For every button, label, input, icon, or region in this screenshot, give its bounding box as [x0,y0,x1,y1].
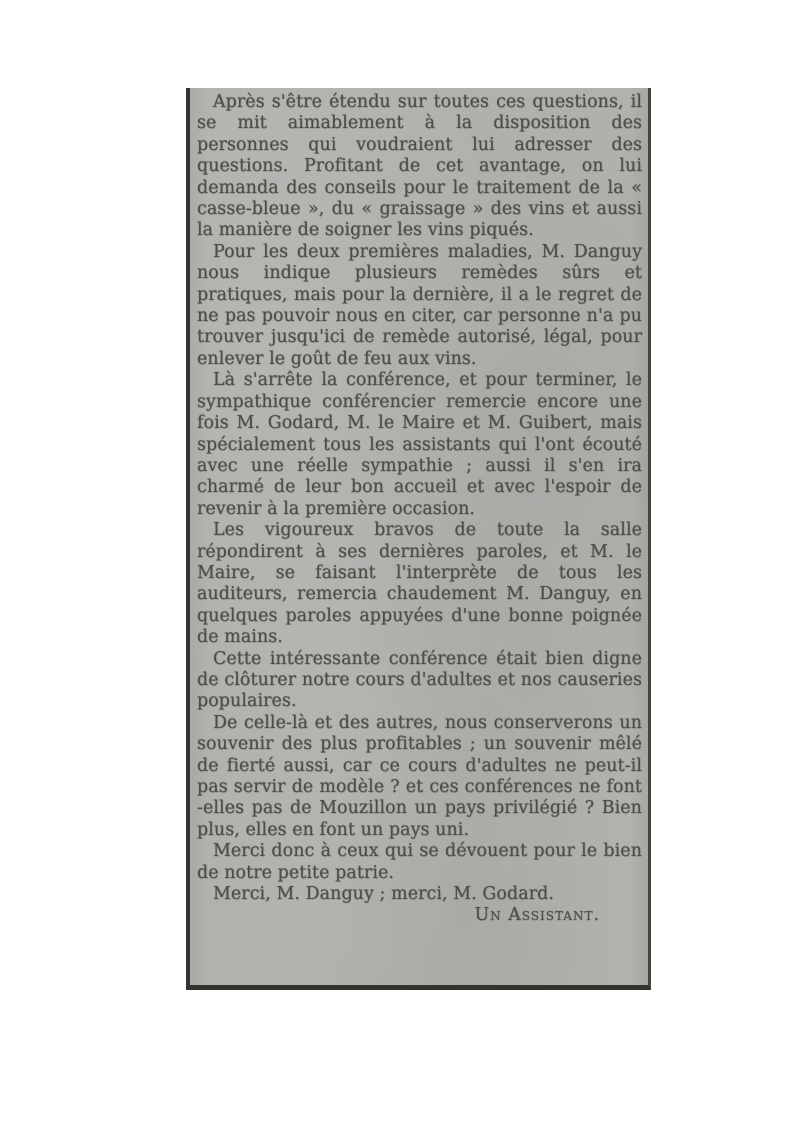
article-paragraph: Les vigoureux bravos de toute la salle r… [197,520,642,648]
article-paragraph: Merci donc à ceux qui se dévouent pour l… [197,841,642,884]
article-paragraph: Là s'arrête la conférence, et pour termi… [197,370,642,520]
newspaper-clipping: Après s'être étendu sur toutes ces quest… [186,88,651,990]
article-paragraph: Après s'être étendu sur toutes ces quest… [197,92,642,242]
article-signature: Un Assistant. [197,905,642,926]
scanned-page: Après s'être étendu sur toutes ces quest… [0,0,794,1123]
article-paragraph: Merci, M. Danguy ; merci, M. Godard. [197,884,642,905]
article-paragraph: Pour les deux premières maladies, M. Dan… [197,242,642,370]
article-paragraph: De celle-là et des autres, nous conserve… [197,713,642,841]
article-paragraph: Cette intéressante conférence était bien… [197,649,642,713]
article-text: Après s'être étendu sur toutes ces quest… [197,92,642,927]
